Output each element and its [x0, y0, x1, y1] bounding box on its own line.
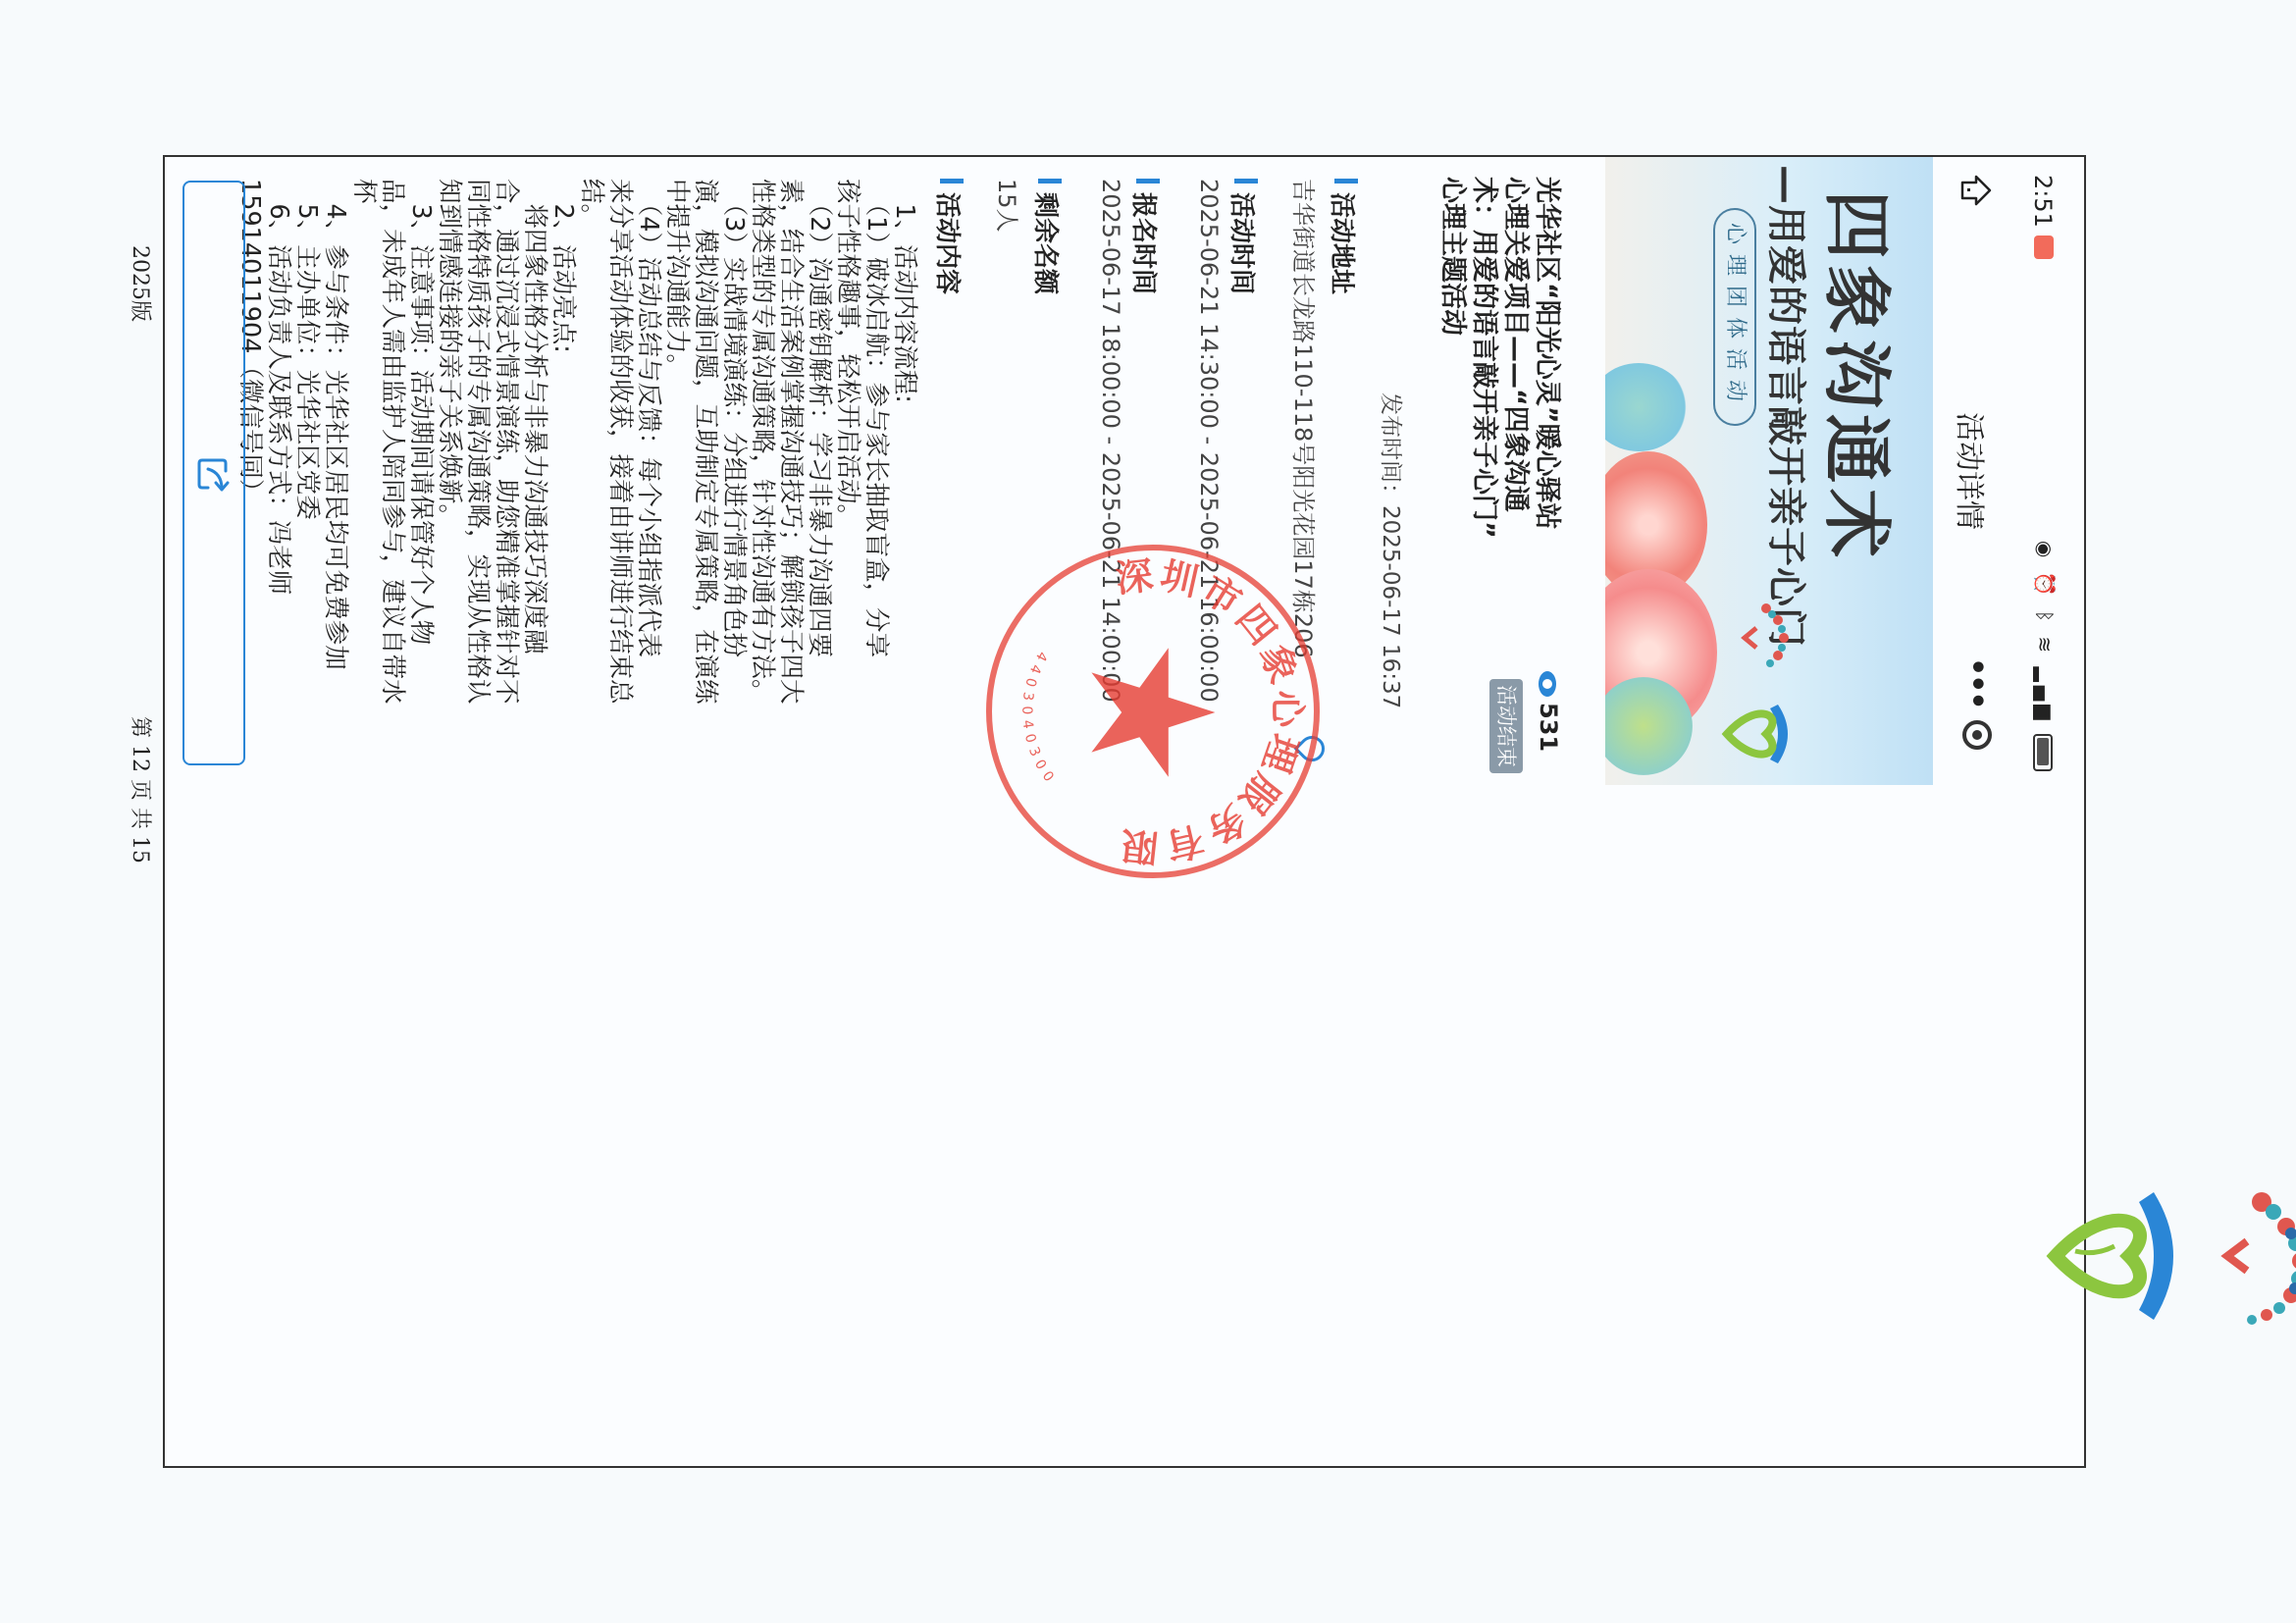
content-line: 2、活动亮点:	[548, 179, 577, 777]
leaf-decoration	[1605, 677, 1693, 775]
content-line: 杯	[349, 179, 378, 777]
bluetooth-icon: ᛒ	[2033, 610, 2057, 626]
community-logo-icon	[1717, 695, 1796, 773]
battery-icon	[2034, 734, 2054, 771]
content-line: （2）沟通密钥解析：学习非暴力沟通四要	[805, 179, 833, 777]
content-line: 4、参与条件：光华社区居民均可免费参加	[321, 179, 349, 777]
section-heading-content: 活动内容	[931, 179, 967, 294]
content-line: 同性格特质孩子的专属沟通策略，实现从性格认	[463, 179, 492, 777]
section-heading-signup-time: 报名时间	[1127, 179, 1164, 294]
company-seal-stamp: 深圳市四象心理服务有限公司 4403040300	[986, 545, 1320, 878]
view-count: 531	[1535, 671, 1562, 752]
status-badge: 活动结束	[1489, 679, 1523, 773]
content-line: 3、注意事项：活动期间请保管好个人物	[406, 179, 435, 777]
banner-tag: 心理团体活动	[1713, 208, 1756, 426]
content-line: 孩子性格趣事，轻松开启活动。	[833, 179, 861, 777]
svg-text:4403040300: 4403040300	[1018, 649, 1060, 790]
status-time: 2:51	[2029, 175, 2057, 228]
section-heading-address: 活动地址	[1326, 179, 1362, 294]
seal-star-icon	[1083, 644, 1221, 781]
event-title: 光华社区“阳光心灵”暖心驿站 心理关爱项目——“四象沟通 术：用爱的语言敲开亲子…	[1436, 177, 1562, 667]
content-line: 演，模拟沟通问题，互助制定专属策略，在演练	[691, 179, 719, 777]
close-miniprogram-icon[interactable]	[1962, 720, 1992, 750]
content-line: 来分享活动体验的收获，接着由讲师进行结束总	[605, 179, 634, 777]
content-line: （4）活动总结与反馈：每个小组指派代表	[634, 179, 662, 777]
content-line: 合，通过沉浸式情景演练，助您精准掌握针对不	[492, 179, 520, 777]
content-line: 素，结合生活案例掌握沟通技巧；解锁孩子四大	[776, 179, 805, 777]
wifi-icon: ≋	[2033, 636, 2057, 656]
eye-icon	[1539, 671, 1556, 697]
footer-version: 2025版	[127, 245, 157, 322]
share-button[interactable]	[183, 181, 245, 765]
content-line: 性格类型的专属沟通策略，针对性沟通有方法。	[748, 179, 776, 777]
recording-badge-icon	[2034, 236, 2054, 259]
content-line: 知到情感连接的亲子关系焕新。	[435, 179, 463, 777]
signal-icon: ▂▄▆	[2033, 666, 2057, 723]
eye-comfort-icon: ◉	[2033, 541, 2057, 561]
footer-page-number: 第 12 页 共 15	[127, 716, 157, 864]
party-logo-icon	[1727, 599, 1796, 677]
leaf-decoration	[1605, 363, 1688, 451]
alarm-icon: ⏰	[2033, 572, 2057, 601]
party-community-logo-icon	[2036, 1173, 2296, 1339]
content-line: （3）实战情境演练：分组进行情景角色扮	[719, 179, 748, 777]
event-content: 1、活动内容流程: （1）破冰启航：参与家长抽取盲盒，分享孩子性格趣事，轻松开启…	[235, 179, 918, 777]
status-icons: ◉ ⏰ ᛒ ≋ ▂▄▆	[2033, 541, 2057, 771]
more-icon[interactable]: •••	[1959, 657, 1994, 708]
content-line: 将四象性格分析与非暴力沟通技巧深度融	[520, 179, 548, 777]
event-banner: 四象沟通术 —用爱的语言敲开亲子心门 心理团体活动	[1605, 157, 1933, 785]
content-line: 中提升沟通能力。	[662, 179, 691, 777]
publish-time: 发布时间：2025-06-17 16:37	[1377, 393, 1409, 708]
status-bar: 2:51 ◉ ⏰ ᛒ ≋ ▂▄▆	[2019, 157, 2068, 785]
content-line: 结。	[577, 179, 605, 777]
content-line: 6、活动负责人及联系方式：冯老师	[264, 179, 292, 777]
banner-subtitle: —用爱的语言敲开亲子心门	[1761, 165, 1817, 648]
banner-title: 四象沟通术	[1812, 190, 1911, 563]
content-line: （1）破冰启航：参与家长抽取盲盒，分享	[861, 179, 890, 777]
section-heading-event-time: 活动时间	[1226, 179, 1262, 294]
content-line: 品，未成年人需由监护人陪同参与，建议自带水	[378, 179, 406, 777]
share-icon	[194, 455, 234, 495]
section-heading-remaining: 剩余名额	[1029, 179, 1066, 294]
remaining-slots: 15人	[992, 179, 1026, 233]
content-line: 1、活动内容流程:	[890, 179, 918, 777]
content-line: 5、主办单位：光华社区党委	[292, 179, 321, 777]
nav-bar: 活动详情 •••	[1943, 157, 2008, 785]
logo-area	[2110, 1099, 2276, 1413]
